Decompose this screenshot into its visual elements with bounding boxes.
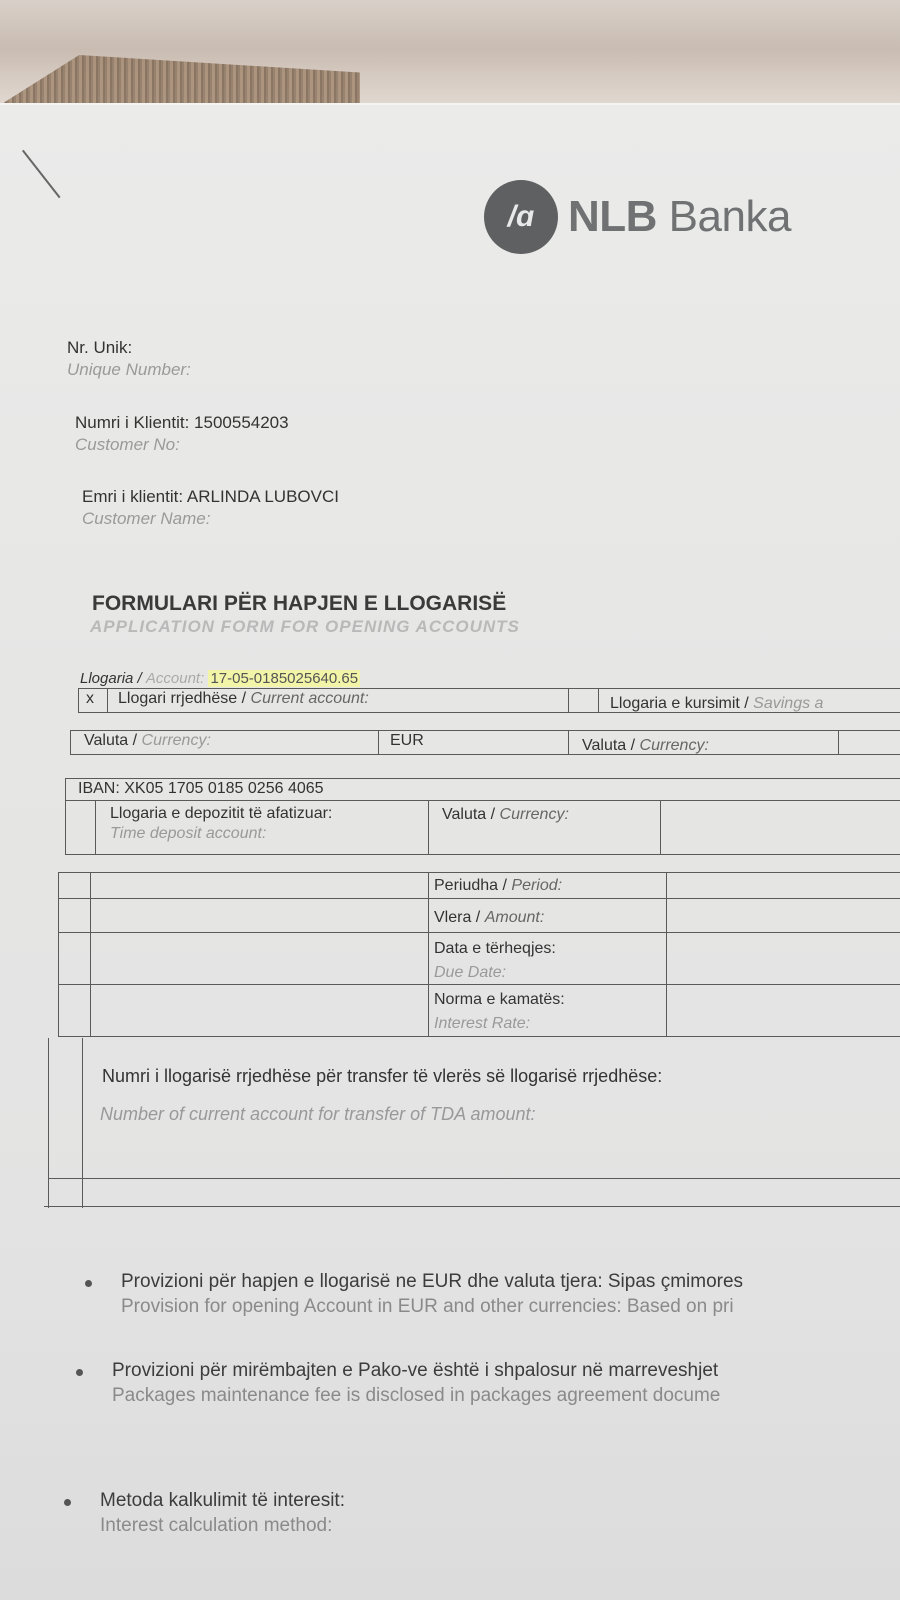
savings-account-label: Llogaria e kursimit / Savings a: [610, 695, 823, 713]
transfer-account-label-en: Number of current account for transfer o…: [100, 1104, 536, 1125]
account-number-line: Llogaria / Account: 17-05-0185025640.65: [80, 670, 360, 687]
current-account-checkbox[interactable]: x: [86, 690, 94, 708]
customer-name-field: Emri i klientit: ARLINDA LUBOVCI Custome…: [82, 487, 339, 529]
iban: IBAN: XK05 1705 0185 0256 4065: [78, 780, 324, 798]
current-account-label: Llogari rrjedhëse / Current account:: [118, 690, 369, 708]
account-number: 17-05-0185025640.65: [208, 670, 360, 687]
interest-rate-label: Norma e kamatës:Interest Rate:: [434, 988, 565, 1036]
bullet-icon: [76, 1369, 83, 1376]
customer-number-field: Numri i Klientit: 1500554203 Customer No…: [75, 413, 289, 455]
bullet-icon: [64, 1499, 71, 1506]
form-subtitle: APPLICATION FORM FOR OPENING ACCOUNTS: [90, 617, 520, 637]
unique-number-field: Nr. Unik: Unique Number:: [67, 338, 191, 380]
period-label: Periudha / Period:: [434, 877, 562, 895]
form-title: FORMULARI PËR HAPJEN E LLOGARISË: [92, 592, 506, 616]
savings-account-checkbox[interactable]: [570, 690, 596, 712]
note-package-fee: Provizioni për mirëmbajten e Pako-ve ësh…: [112, 1360, 720, 1407]
savings-currency-label: Valuta / Currency:: [582, 737, 709, 755]
currency-label: Valuta / Currency:: [84, 732, 211, 750]
transfer-account-label: Numri i llogarisë rrjedhëse për transfer…: [102, 1066, 662, 1087]
note-interest-method: Metoda kalkulimit të interesit: Interest…: [100, 1490, 345, 1537]
customer-number: 1500554203: [194, 413, 289, 432]
customer-name: ARLINDA LUBOVCI: [187, 487, 339, 506]
bank-logo: /ɑ NLB Banka: [484, 180, 791, 254]
amount-label: Vlera / Amount:: [434, 909, 544, 927]
time-deposit-label: Llogaria e depozitit të afatizuar:Time d…: [110, 804, 332, 844]
time-deposit-currency-label: Valuta / Currency:: [442, 806, 569, 824]
bank-name: NLB Banka: [568, 192, 791, 242]
nlb-logo-icon: /ɑ: [484, 180, 558, 254]
due-date-label: Data e tërheqjes:Due Date:: [434, 937, 556, 985]
note-opening-fee: Provizioni për hapjen e llogarisë ne EUR…: [121, 1271, 743, 1318]
currency-value[interactable]: EUR: [390, 732, 424, 750]
bullet-icon: [85, 1280, 92, 1287]
